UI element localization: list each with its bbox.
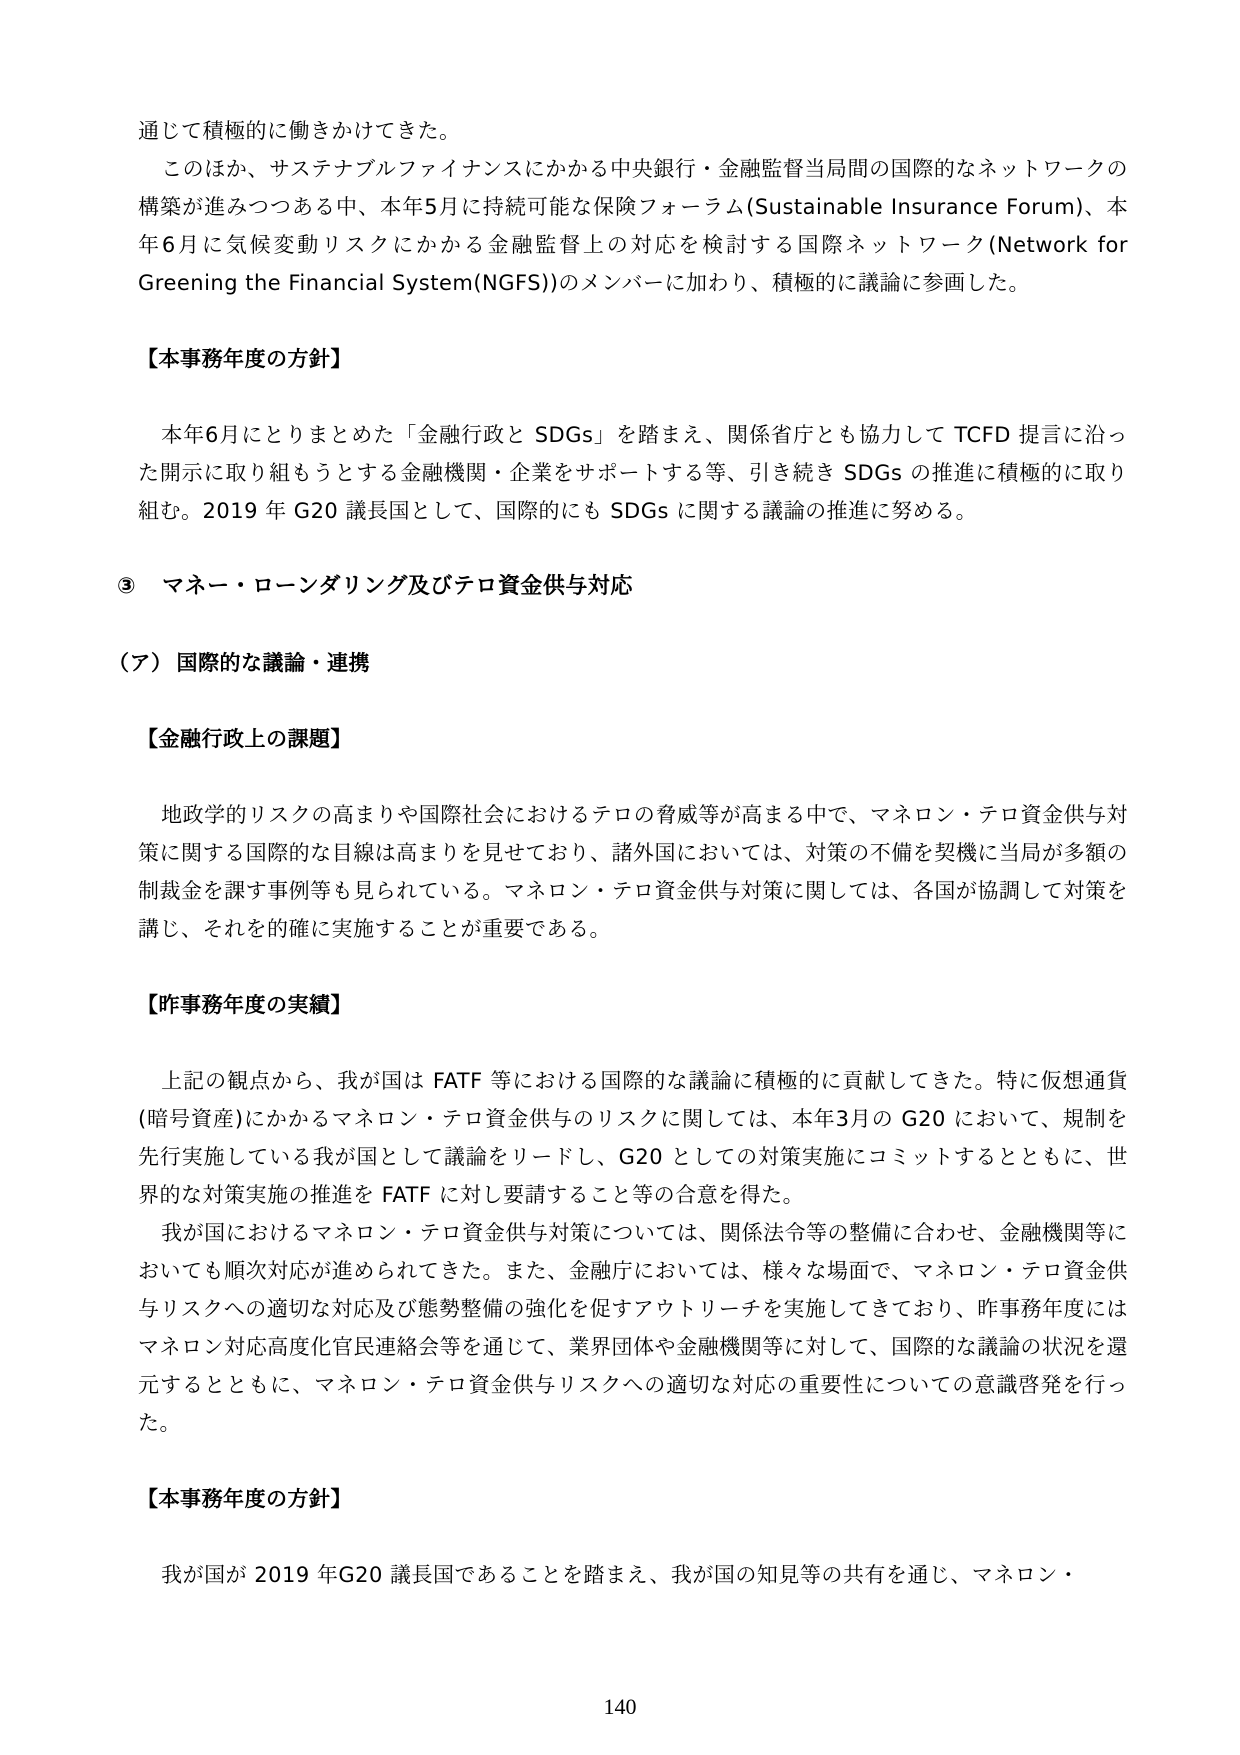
- sub-heading-label: （ア）: [108, 644, 173, 682]
- paragraph-sustainable-finance: このほか、サステナブルファイナンスにかかる中央銀行・金融監督当局間の国際的なネッ…: [138, 150, 1128, 302]
- paragraph-geopolitical-risk: 地政学的リスクの高まりや国際社会におけるテロの脅威等が高まる中で、マネロン・テロ…: [138, 796, 1128, 948]
- document-page: 通じて積極的に働きかけてきた。 このほか、サステナブルファイナンスにかかる中央銀…: [0, 0, 1240, 1755]
- heading-administrative-issues: 【金融行政上の課題】: [108, 720, 1128, 758]
- heading-last-year-results: 【昨事務年度の実績】: [108, 986, 1128, 1024]
- section-title: マネー・ローンダリング及びテロ資金供与対応: [162, 574, 633, 599]
- paragraph-continuation: 通じて積極的に働きかけてきた。: [138, 112, 1128, 150]
- sub-heading: （ア）国際的な議論・連携: [108, 644, 1128, 682]
- paragraph-group-results: 上記の観点から、我が国は FATF 等における国際的な議論に積極的に貢献してきた…: [108, 1062, 1128, 1442]
- paragraph-fatf-contribution: 上記の観点から、我が国は FATF 等における国際的な議論に積極的に貢献してきた…: [138, 1062, 1128, 1214]
- paragraph-group-policy-1: 本年6月にとりまとめた「金融行政と SDGs」を踏まえ、関係省庁とも協力して T…: [108, 416, 1128, 530]
- paragraph-group-issues: 地政学的リスクの高まりや国際社会におけるテロの脅威等が高まる中で、マネロン・テロ…: [108, 796, 1128, 948]
- page-number: 140: [604, 1694, 637, 1719]
- section-heading-3: ③マネー・ローンダリング及びテロ資金供与対応: [108, 568, 1128, 606]
- sub-heading-title: 国際的な議論・連携: [177, 651, 371, 675]
- heading-current-year-policy-1: 【本事務年度の方針】: [108, 340, 1128, 378]
- paragraph-policy-sdgs: 本年6月にとりまとめた「金融行政と SDGs」を踏まえ、関係省庁とも協力して T…: [138, 416, 1128, 530]
- heading-current-year-policy-2: 【本事務年度の方針】: [108, 1480, 1128, 1518]
- document-content: 通じて積極的に働きかけてきた。 このほか、サステナブルファイナンスにかかる中央銀…: [108, 112, 1128, 1594]
- circled-number-3: ③: [117, 568, 136, 606]
- sub-heading-a: （ア）国際的な議論・連携: [108, 644, 1128, 682]
- bracket-heading-text: 【本事務年度の方針】: [137, 1480, 1128, 1518]
- page-footer: 140: [0, 1695, 1240, 1719]
- paragraph-domestic-aml-measures: 我が国におけるマネロン・テロ資金供与対策については、関係法令等の整備に合わせ、金…: [138, 1214, 1128, 1442]
- bracket-heading-text: 【金融行政上の課題】: [137, 720, 1128, 758]
- numbered-heading: ③マネー・ローンダリング及びテロ資金供与対応: [117, 568, 1128, 606]
- paragraph-group-policy-2: 我が国が 2019 年G20 議長国であることを踏まえ、我が国の知見等の共有を通…: [108, 1556, 1128, 1594]
- paragraph-group-intro: 通じて積極的に働きかけてきた。 このほか、サステナブルファイナンスにかかる中央銀…: [108, 112, 1128, 302]
- bracket-heading-text: 【本事務年度の方針】: [137, 340, 1128, 378]
- paragraph-g20-presidency: 我が国が 2019 年G20 議長国であることを踏まえ、我が国の知見等の共有を通…: [138, 1556, 1128, 1594]
- bracket-heading-text: 【昨事務年度の実績】: [137, 986, 1128, 1024]
